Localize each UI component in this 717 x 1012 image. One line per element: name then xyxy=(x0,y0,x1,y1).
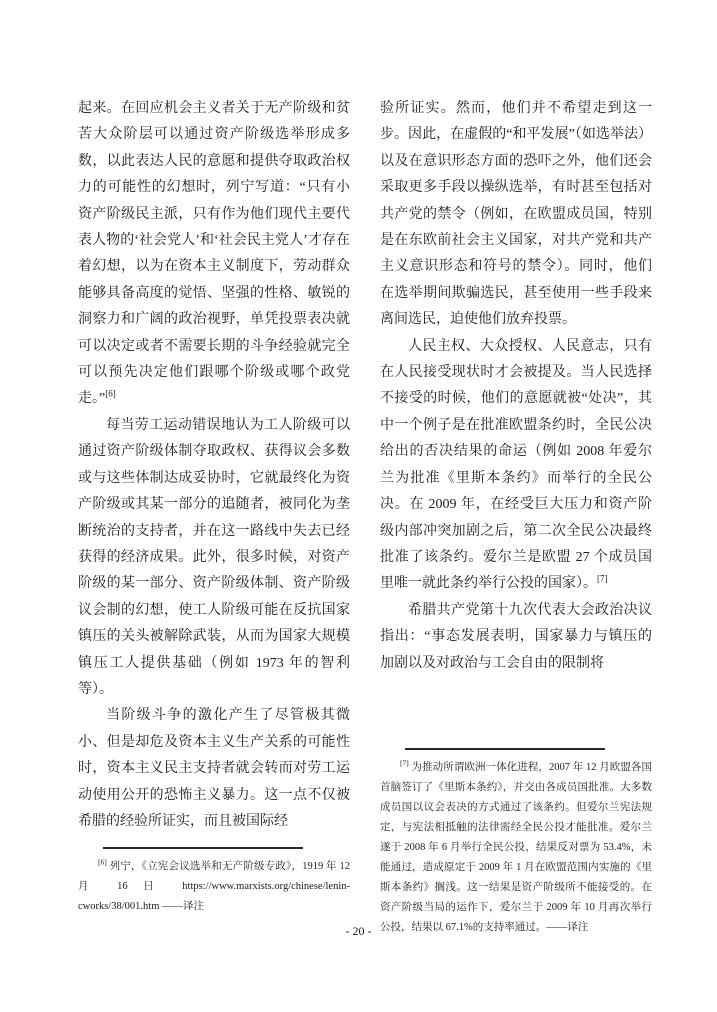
left-column-body: 起来。在回应机会主义者关于无产阶级和贫苦大众阶层可以通过资产阶级选举形成多数，以… xyxy=(78,96,350,835)
paragraph: 起来。在回应机会主义者关于无产阶级和贫苦大众阶层可以通过资产阶级选举形成多数，以… xyxy=(78,96,350,413)
footnote-text: 列宁，《立宪会议选举和无产阶级专政》，1919 年 12 月 16 日 http… xyxy=(78,861,350,912)
footnote-ref-7: [7] xyxy=(597,574,608,584)
footnote-ref-6: [6] xyxy=(105,389,116,399)
paragraph: 人民主权、大众授权、人民意志，只有在人民接受现状时才会被提及。当人民选择不接受的… xyxy=(380,334,652,598)
footnote-separator-line xyxy=(103,847,303,849)
right-column: 验所证实。然而，他们并不希望走到这一步。因此，在虚假的“和平发展”（如选举法）以… xyxy=(380,96,652,976)
footnote-marker-6: [6] xyxy=(98,858,107,867)
left-footnote-block: [6] 列宁，《立宪会议选举和无产阶级专政》，1919 年 12 月 16 日 … xyxy=(78,847,350,917)
paragraph: 当阶级斗争的激化产生了尽管极其微小、但是却危及资本主义生产关系的可能性时，资本主… xyxy=(78,703,350,835)
paragraph: 希腊共产党第十九次代表大会政治决议指出：“事态发展表明，国家暴力与镇压的加剧以及… xyxy=(380,598,652,677)
right-footnote-block: [7] 为推动所谓欧洲一体化进程，2007 年 12 月欧盟各国首脑签订了《里斯… xyxy=(380,748,652,938)
page-number: - 20 - xyxy=(0,924,717,939)
footnote-7: [7] 为推动所谓欧洲一体化进程，2007 年 12 月欧盟各国首脑签订了《里斯… xyxy=(380,758,652,938)
footnote-text: 为推动所谓欧洲一体化进程，2007 年 12 月欧盟各国首脑签订了《里斯本条约》… xyxy=(380,762,652,933)
footnote-separator-line xyxy=(405,748,605,750)
document-page: 起来。在回应机会主义者关于无产阶级和贫苦大众阶层可以通过资产阶级选举形成多数，以… xyxy=(0,0,717,1012)
paragraph: 每当劳工运动错误地认为工人阶级可以通过资产阶级体制夺取政权、获得议会多数或与这些… xyxy=(78,413,350,703)
paragraph-text: 起来。在回应机会主义者关于无产阶级和贫苦大众阶层可以通过资产阶级选举形成多数，以… xyxy=(78,101,350,406)
left-column: 起来。在回应机会主义者关于无产阶级和贫苦大众阶层可以通过资产阶级选举形成多数，以… xyxy=(78,96,350,976)
paragraph-text: 人民主权、大众授权、人民意志，只有在人民接受现状时才会被提及。当人民选择不接受的… xyxy=(380,339,652,592)
paragraph: 验所证实。然而，他们并不希望走到这一步。因此，在虚假的“和平发展”（如选举法）以… xyxy=(380,96,652,334)
two-column-layout: 起来。在回应机会主义者关于无产阶级和贫苦大众阶层可以通过资产阶级选举形成多数，以… xyxy=(78,96,652,976)
right-column-body: 验所证实。然而，他们并不希望走到这一步。因此，在虚假的“和平发展”（如选举法）以… xyxy=(380,96,652,677)
footnote-marker-7: [7] xyxy=(400,759,409,768)
footnote-6: [6] 列宁，《立宪会议选举和无产阶级专政》，1919 年 12 月 16 日 … xyxy=(78,857,350,917)
